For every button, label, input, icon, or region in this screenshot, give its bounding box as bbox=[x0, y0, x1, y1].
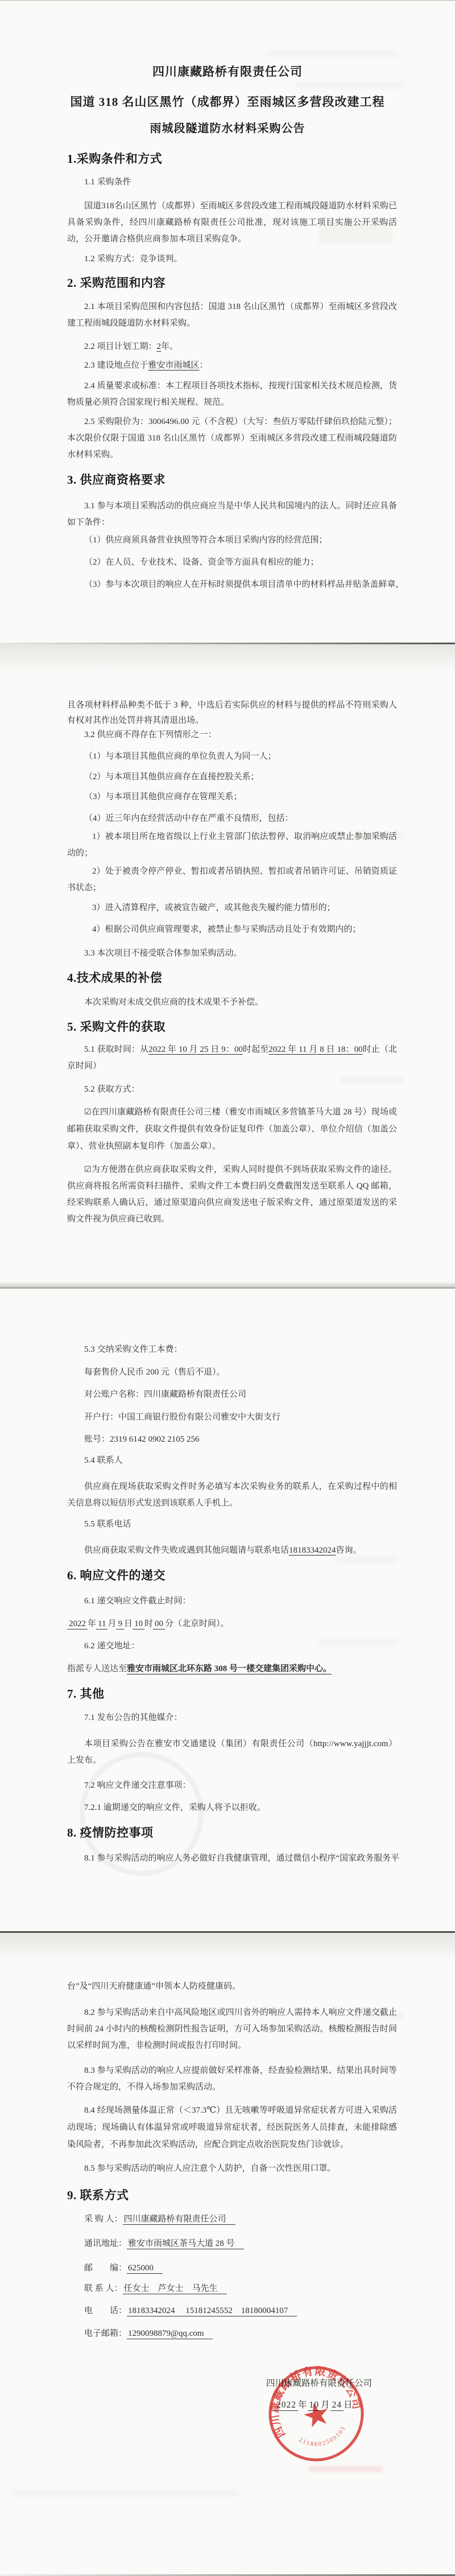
obtain-start-time: 2022 年 10 月 25 日 9：00 bbox=[148, 1045, 243, 1054]
clause-3-2-item-3: （3）与本项目其他供应商存在管理关系； bbox=[84, 789, 400, 805]
contact-row-address: 通讯地址：雅安市雨城区茶马大道 28 号 bbox=[84, 2236, 400, 2252]
scanned-document: 四川康藏路桥有限责任公司 国道 318 名山区黑竹（成都界）至雨城区多营段改建工… bbox=[0, 0, 455, 2576]
clause-6-2: 6.2 递交地址： bbox=[84, 1638, 400, 1655]
clause-7-1-body: 本项目采购公告在雅安市交通建设（集团）有限责任公司（http://www.yaj… bbox=[67, 1736, 397, 1769]
clause-5-2: 5.2 获取方式： bbox=[84, 1081, 400, 1098]
clause-8-1-cont: 台”及“四川天府健康通”申领本人防疫健康码。 bbox=[67, 1978, 397, 1995]
clause-5-1-mid: 时起至 bbox=[243, 1045, 268, 1054]
delivery-address-prefix: 指派专人送达至 bbox=[67, 1664, 127, 1673]
contact-phone-inline: 18183342024 bbox=[289, 1546, 336, 1555]
doc-fee: 每套售价人民币 200 元（售后不退）。 bbox=[84, 1364, 400, 1381]
clause-3-1: 3.1 参与本项目采购活动的供应商应当是中华人民共和国境内的法人。同时还应具备如… bbox=[67, 498, 397, 531]
bleed-artifact bbox=[296, 81, 404, 88]
deadline-datetime: 2022年11月9日10时00分（北京时间）。 bbox=[67, 1616, 397, 1632]
account-name: 对公账户名称：四川康藏路桥有限责任公司 bbox=[84, 1386, 400, 1403]
section-2-heading: 2. 采购范围和内容 bbox=[67, 274, 397, 291]
address-value: 雅安市雨城区茶马大道 28 号 bbox=[127, 2239, 244, 2249]
deadline-day: 9 bbox=[116, 1619, 124, 1629]
page-seam bbox=[0, 1281, 455, 1289]
bleed-artifact bbox=[11, 2489, 239, 2496]
contact-row-postcode: 邮 编：625000 bbox=[84, 2260, 400, 2277]
obtain-end-time: 2022 年 11 月 8 日 18：00 bbox=[268, 1045, 362, 1054]
page-3: 5.3 交纳采购文件工本费： 每套售价人民币 200 元（售后不退）。 对公账户… bbox=[0, 1289, 455, 1933]
clause-7-2-1: 7.2.1 逾期递交的响应文件，采购人将予以拒收。 bbox=[84, 1800, 400, 1816]
deadline-sep: 时 bbox=[144, 1619, 153, 1628]
clause-5-4: 5.4 联系人 bbox=[84, 1452, 400, 1469]
deadline-month: 11 bbox=[96, 1619, 107, 1629]
clause-5-5-body: 供应商获取采购文件失败或遇到其他问题请与联系电话18183342024咨询。 bbox=[67, 1542, 397, 1559]
postcode-value: 625000 bbox=[127, 2264, 163, 2274]
delivery-address-value: 雅安市雨城区北环东路 308 号一楼交建集团采购中心。 bbox=[127, 1664, 332, 1673]
section-1-heading: 1.采购条件和方式 bbox=[67, 150, 397, 167]
clause-2-5: 2.5 采购限价为：3006496.00 元（不含税）（大写：叁佰万零陆仟肆佰玖… bbox=[67, 414, 397, 463]
account-number: 账号：2319 6142 0902 2105 256 bbox=[84, 1431, 400, 1448]
clause-8-5: 8.5 参与采购活动的响应人应注意个人防护，自备一次性医用口罩。 bbox=[67, 2161, 397, 2177]
doc-title-company: 四川康藏路桥有限责任公司 bbox=[0, 64, 455, 80]
clause-5-5-text: 供应商获取采购文件失败或遇到其他问题请与联系电话 bbox=[84, 1546, 289, 1555]
bank-name: 开户行：中国工商银行股份有限公司雅安中大街支行 bbox=[84, 1409, 400, 1426]
clause-3-2: 3.2 供应商不得存在下列情形之一： bbox=[84, 727, 400, 743]
clause-5-2-option-2: ☑为方便潜在供应商获取采购文件，采购人同时提供不到场获取采购文件的途径。供应商将… bbox=[67, 1162, 397, 1228]
clause-5-1-text: 5.1 获取时间：从 bbox=[84, 1045, 148, 1054]
clause-7-2: 7.2 响应文件递交注意事项： bbox=[84, 1777, 400, 1794]
clause-3-2-subitem-3: 3）进入清算程序，或被宣告破产，或其他丧失履约能力情形的； bbox=[67, 900, 397, 916]
section-3-heading: 3. 供应商资格要求 bbox=[67, 471, 397, 488]
clause-3-2-item-1: （1）与本项目其他供应商的单位负责人为同一人； bbox=[84, 748, 400, 765]
deadline-sep: 年 bbox=[88, 1619, 96, 1628]
clause-2-3: 2.3 建设地点位于雅安市雨城区： bbox=[84, 357, 400, 374]
checkbox-checked-icon: ☑ bbox=[84, 1165, 92, 1174]
company-seal-stamp: 四川康藏路桥有限责任公司 ★ 2118602509103 bbox=[258, 2355, 375, 2472]
section-9-heading: 9. 联系方式 bbox=[67, 2187, 397, 2204]
doc-title-notice: 雨城段隧道防水材料采购公告 bbox=[0, 121, 455, 137]
contact-row-purchaser: 采 购 人：四川康藏路桥有限责任公司 bbox=[84, 2211, 400, 2228]
clause-1-1-label: 1.1 采购条件 bbox=[84, 174, 400, 191]
clause-1-2: 1.2 采购方式：竞争谈判。 bbox=[84, 251, 400, 268]
section-8-heading: 8. 疫情防控事项 bbox=[67, 1824, 397, 1841]
section-7-heading: 7. 其他 bbox=[67, 1685, 397, 1702]
clause-2-3-suffix: ： bbox=[200, 361, 208, 370]
clause-1-1-body: 国道318名山区黑竹（成都界）至雨城区多营段改建工程雨城段隧道防水材料采购已具备… bbox=[67, 198, 397, 248]
clause-3-2-item-2: （2）与本项目其他供应商存在直接控股关系； bbox=[84, 769, 400, 785]
deadline-sep: 日 bbox=[124, 1619, 133, 1628]
field-label: 采 购 人： bbox=[84, 2211, 123, 2228]
clause-3-1-item-3-cont: 且各项材料样品种类不低于 3 种，中选后若实际供应的材料与提供的样品不符则采购人… bbox=[67, 698, 397, 729]
deadline-sep: 月 bbox=[107, 1619, 116, 1628]
clause-2-2-text: 2.2 项目计划工期： bbox=[84, 342, 157, 351]
clause-5-2-option-1: ☑在四川康藏路桥有限责任公司三楼（雅安市雨城区多营镇茶马大道 28 号）现场或邮… bbox=[67, 1104, 397, 1155]
clause-5-5-suffix: 咨询。 bbox=[336, 1546, 362, 1555]
page-1: 四川康藏路桥有限责任公司 国道 318 名山区黑竹（成都界）至雨城区多营段改建工… bbox=[0, 0, 455, 644]
deadline-hour: 10 bbox=[133, 1619, 144, 1629]
clause-6-1: 6.1 递交响应文件截止时间： bbox=[84, 1593, 400, 1610]
contact-row-email: 电子邮箱：1290098879@qq.com bbox=[84, 2326, 400, 2342]
clause-3-2-item-4: （4）近三年内在经营活动中存在严重不良情形，包括： bbox=[84, 810, 400, 827]
clause-5-5: 5.5 联系电话 bbox=[84, 1516, 400, 1533]
seal-graphic: 四川康藏路桥有限责任公司 ★ 2118602509103 bbox=[258, 2355, 375, 2472]
bleed-artifact bbox=[267, 50, 398, 57]
contact-row-phones: 电 话：18183342024 15181245552 18180004107 bbox=[84, 2303, 400, 2319]
contact-row-persons: 联 系 人：任女士 芦女士 马先生 bbox=[84, 2281, 400, 2297]
clause-3-1-item-1: （1）供应商须具备营业执照等符合本项目采购内容的经营范围； bbox=[84, 532, 400, 549]
clause-3-3: 3.3 本次项目不接受联合体参加采购活动。 bbox=[84, 945, 400, 962]
clause-2-2-suffix: 年。 bbox=[161, 342, 178, 351]
scan-shadow bbox=[0, 1933, 455, 1960]
section-4-heading: 4.技术成果的补偿 bbox=[67, 969, 397, 986]
clause-2-1: 2.1 本项目采购范围和内容包括：国道 318 名山区黑竹（成都界）至雨城区多营… bbox=[67, 299, 397, 332]
phones-value: 18183342024 15181245552 18180004107 bbox=[127, 2306, 297, 2316]
clause-5-3: 5.3 交纳采购文件工本费： bbox=[84, 1342, 400, 1358]
page-2: 且各项材料样品种类不低于 3 种，中选后若实际供应的材料与提供的样品不符则采购人… bbox=[0, 644, 455, 1289]
deadline-year: 2022 bbox=[67, 1619, 88, 1629]
clause-3-1-item-3: （3）参与本次项目的响应人在开标时须提供本项目清单中的材料样品并贴条盖鲜章， bbox=[84, 577, 400, 593]
section-5-heading: 5. 采购文件的获取 bbox=[67, 1018, 397, 1035]
field-label: 电子邮箱： bbox=[84, 2326, 127, 2342]
clause-7-1: 7.1 发布公告的其他媒介： bbox=[84, 1710, 400, 1726]
page-4: 台”及“四川天府健康通”申领本人防疫健康码。 8.2 参与采购活动来自中高风险地… bbox=[0, 1933, 455, 2576]
email-value: 1290098879@qq.com bbox=[127, 2329, 213, 2339]
field-label: 电 话： bbox=[84, 2303, 127, 2319]
field-label: 邮 编： bbox=[84, 2260, 127, 2277]
contact-persons-value: 任女士 芦女士 马先生 bbox=[123, 2284, 227, 2294]
purchaser-value: 四川康藏路桥有限责任公司 bbox=[123, 2215, 235, 2225]
clause-8-2: 8.2 参与采购活动来自中高风险地区或四川省外的响应人需持本人响应文件递交截止时… bbox=[67, 2005, 397, 2054]
clause-3-1-item-2: （2）在人员、专业技术、设备、资金等方面具有相应的能力； bbox=[84, 554, 400, 571]
deadline-sep: 分（北京时间）。 bbox=[165, 1619, 229, 1628]
doc-title-project: 国道 318 名山区黑竹（成都界）至雨城区多营段改建工程 bbox=[0, 94, 455, 110]
clause-8-1: 8.1 参与采购活动的响应人务必做好自我健康管理，通过微信小程序“国家政务服务平 bbox=[67, 1850, 397, 1867]
section-6-heading: 6. 响应文件的递交 bbox=[67, 1567, 397, 1584]
field-label: 通讯地址： bbox=[84, 2236, 127, 2252]
clause-2-3-text: 2.3 建设地点位于 bbox=[84, 361, 148, 370]
clause-2-2: 2.2 项目计划工期：2年。 bbox=[84, 339, 400, 355]
deadline-minute: 00 bbox=[153, 1619, 165, 1629]
clause-8-4: 8.4 经现场测量体温正常（＜37.3℃）且无咳嗽等呼吸道异常症状者方可进入采购… bbox=[67, 2102, 397, 2153]
clause-8-3: 8.3 参与采购活动的响应人应提前做好采样准备，经查验检测结果、结果出具时间等不… bbox=[67, 2063, 397, 2096]
field-label: 联 系 人： bbox=[84, 2281, 123, 2297]
scan-shadow bbox=[0, 644, 455, 672]
star-icon: ★ bbox=[299, 2395, 335, 2436]
clause-3-2-subitem-2: 2）处于被责令停产停业、暂扣或者吊销执照、暂扣或者吊销许可证、吊销资质证书状态； bbox=[67, 863, 397, 896]
clause-2-4: 2.4 质量要求或标准：本工程项目各项技术指标，按现行国家相关技术规范检测，货物… bbox=[67, 378, 397, 411]
bleed-artifact bbox=[309, 2466, 383, 2472]
duration-value: 2 bbox=[157, 342, 162, 351]
clause-3-2-subitem-4: 4）根据公司供应商管理要求，被禁止参与采购活动且处于有效期内的； bbox=[67, 921, 397, 938]
clause-5-2-option-2-text: 为方便潜在供应商获取采购文件，采购人同时提供不到场获取采购文件的途径。供应商将报… bbox=[67, 1165, 397, 1224]
clause-5-2-option-1-text: 在四川康藏路桥有限责任公司三楼（雅安市雨城区多营镇茶马大道 28 号）现场或邮箱… bbox=[67, 1108, 397, 1151]
delivery-address: 指派专人送达至雅安市雨城区北环东路 308 号一楼交建集团采购中心。 bbox=[67, 1661, 397, 1677]
clause-4-body: 本次采购对未成交供应商的技术成果不予补偿。 bbox=[67, 994, 397, 1011]
checkbox-checked-icon: ☑ bbox=[84, 1108, 92, 1117]
clause-3-2-subitem-1: 1）被本项目所在地省级以上行业主管部门依法暂停、取消响应或禁止参加采购活动的； bbox=[67, 829, 397, 862]
location-value: 雅安市雨城区 bbox=[148, 361, 200, 370]
clause-5-4-body: 供应商在现场获取采购文件时务必填写本次采购业务的联系人，在采购过程中的相关信息将… bbox=[67, 1479, 397, 1512]
clause-5-1: 5.1 获取时间：从2022 年 10 月 25 日 9：00时起至2022 年… bbox=[67, 1042, 397, 1075]
